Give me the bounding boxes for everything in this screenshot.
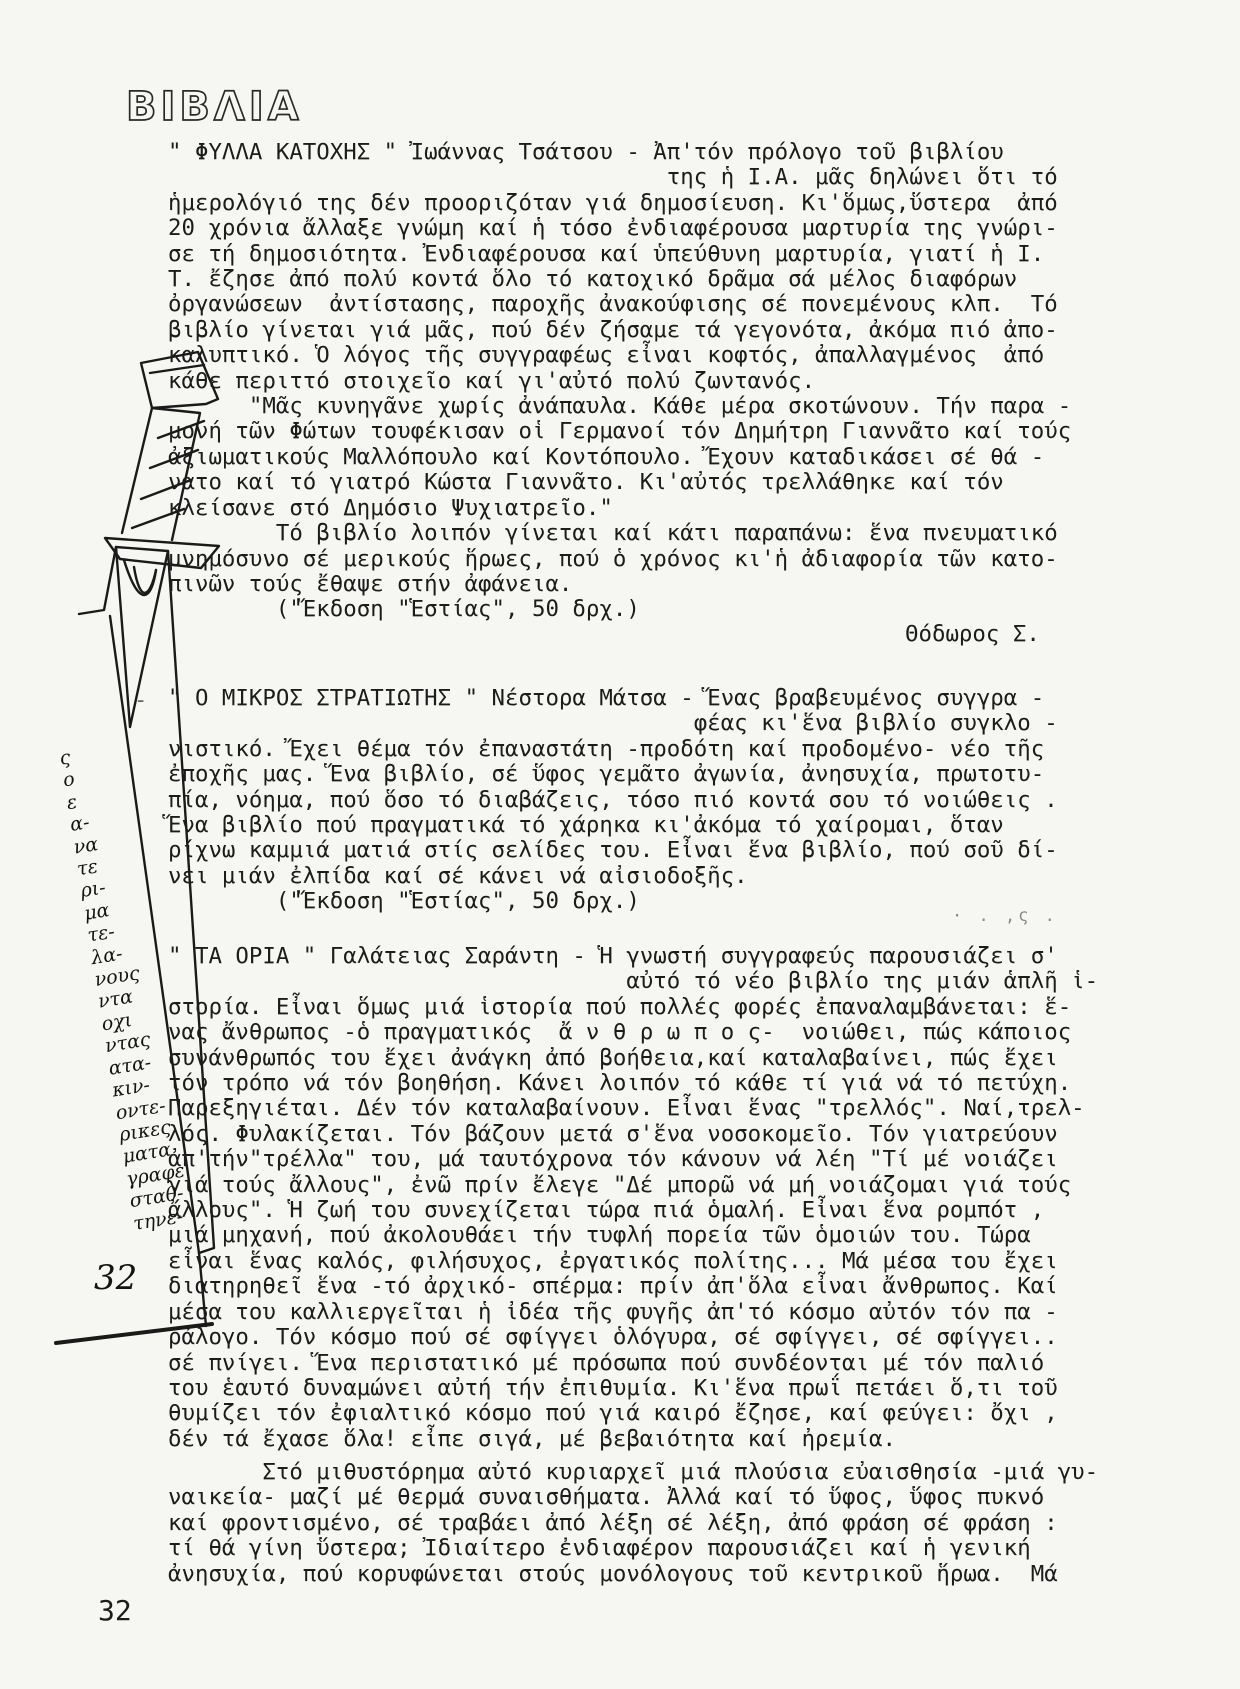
- review-mikros-stratiotis-text: " Ο ΜΙΚΡΟΣ ΣΤΡΑΤΙΩΤΗΣ " Νέστορα Μάτσα - …: [168, 686, 1058, 915]
- page-title: ΒΙΒΛΙΑ: [126, 84, 303, 130]
- scanned-document-page: ΒΙΒΛΙΑ " ΦΥΛΛΑ ΚΑΤΟΧΗΣ " Ἰωάννας Τσάτσου…: [0, 0, 1240, 1689]
- handwritten-page-number: 32: [94, 1258, 137, 1298]
- review-phylla-katochis-text: " ΦΥΛΛΑ ΚΑΤΟΧΗΣ " Ἰωάννας Τσάτσου - Ἀπ'τ…: [168, 140, 1071, 623]
- page-number: 32: [98, 1594, 132, 1627]
- review-ta-oria-text-continued: Στό μιθυστόρημα αὐτό κυριαρχεῖ μιά πλούσ…: [168, 1460, 1098, 1587]
- stray-dash-mark: -: [134, 688, 147, 713]
- ink-smudge: · . ,ς .: [952, 906, 1058, 926]
- review-ta-oria-text: " ΤΑ ΟΡΙΑ " Γαλάτειας Σαράντη - Ἡ γνωστή…: [168, 944, 1098, 1452]
- reviewer-byline: Θόδωρος Σ.: [905, 622, 1040, 647]
